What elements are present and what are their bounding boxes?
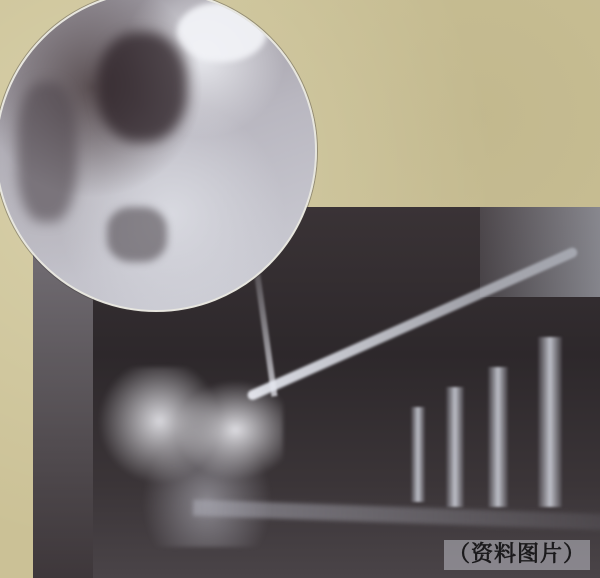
inset-figure-body [17, 82, 77, 222]
building-column [411, 407, 425, 502]
building-column [446, 387, 464, 507]
building-column [488, 367, 508, 507]
inset-figure-hat [177, 2, 267, 62]
building-column [538, 337, 562, 507]
photo-caption: （资料图片） [444, 540, 590, 570]
firefighter-figures [93, 367, 283, 547]
inset-photo-circle [0, 0, 317, 312]
inset-figure-hand [107, 207, 167, 262]
water-stream [246, 246, 579, 402]
inset-figure-head [97, 32, 187, 142]
